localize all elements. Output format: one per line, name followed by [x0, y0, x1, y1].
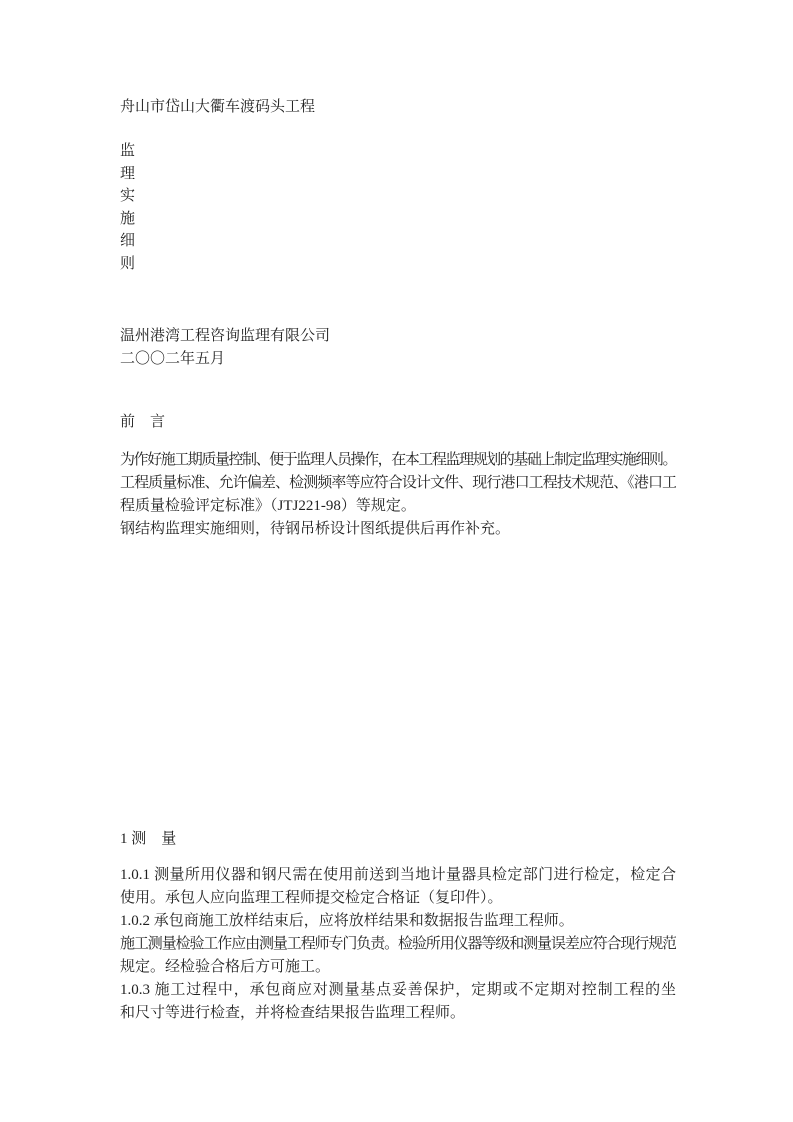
text-line: 和尺寸等进行检查，并将检查结果报告监理工程师。 [120, 1002, 676, 1025]
text-line: 施工测量检验工作应由测量工程师专门负责。检验所用仪器等级和测量误差应符合现行规范 [120, 933, 676, 956]
text-line: 规定。经检验合格后方可施工。 [120, 956, 676, 979]
vertical-title-char: 细 [120, 230, 135, 253]
text-line: 工程质量标准、允许偏差、检测频率等应符合设计文件、现行港口工程技术规范、《港口工 [120, 472, 676, 495]
section-1-heading: 1 测 量 [120, 827, 176, 848]
text-line: 为作好施工期质量控制、便于监理人员操作，在本工程监理规划的基础上制定监理实施细则… [120, 449, 676, 472]
preface-paragraph: 为作好施工期质量控制、便于监理人员操作，在本工程监理规划的基础上制定监理实施细则… [120, 449, 676, 541]
section-1-body: 1.0.1 测量所用仪器和钢尺需在使用前送到当地计量器具检定部门进行检定，检定合… [120, 864, 676, 1025]
vertical-title-char: 则 [120, 253, 135, 276]
text-line: 钢结构监理实施细则，待钢吊桥设计图纸提供后再作补充。 [120, 518, 676, 541]
publish-date: 二〇〇二年五月 [120, 347, 225, 368]
vertical-title-char: 实 [120, 185, 135, 208]
document-page: 舟山市岱山大衢车渡码头工程 监 理 实 施 细 则 温州港湾工程咨询监理有限公司… [0, 0, 793, 1122]
text-line: 1.0.2 承包商施工放样结束后，应将放样结果和数据报告监理工程师。 [120, 910, 676, 933]
vertical-title-char: 理 [120, 163, 135, 186]
vertical-title-char: 施 [120, 208, 135, 231]
text-line: 1.0.1 测量所用仪器和钢尺需在使用前送到当地计量器具检定部门进行检定，检定合… [120, 864, 676, 887]
text-line: 程质量检验评定标准》（JTJ221-98）等规定。 [120, 495, 676, 518]
vertical-title-char: 监 [120, 140, 135, 163]
text-line: 1.0.3 施工过程中，承包商应对测量基点妥善保护，定期或不定期对控制工程的坐标… [120, 979, 676, 1002]
vertical-title: 监 理 实 施 细 则 [120, 140, 135, 276]
preface-heading: 前 言 [120, 410, 165, 431]
text-line: 使用。承包人应向监理工程师提交检定合格证（复印件）。 [120, 887, 676, 910]
document-title: 舟山市岱山大衢车渡码头工程 [120, 95, 315, 116]
company-name: 温州港湾工程咨询监理有限公司 [120, 324, 330, 345]
